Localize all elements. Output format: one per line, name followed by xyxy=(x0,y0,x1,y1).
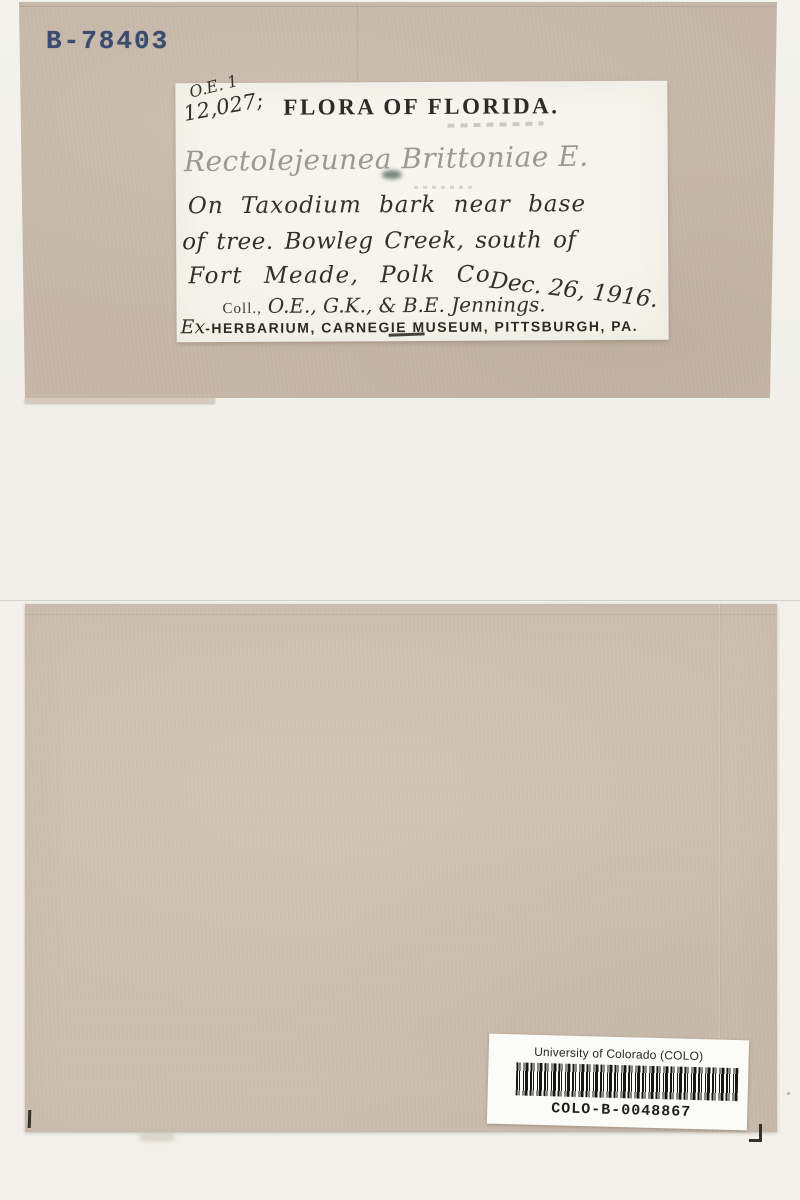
pen-corner-mark-right xyxy=(749,1124,762,1142)
pen-tick-mark-left xyxy=(28,1110,32,1128)
barcode-institution: University of Colorado (COLO) xyxy=(489,1044,749,1065)
barcode-number: COLO-B-0048867 xyxy=(487,1099,747,1123)
packet-horizontal-crease xyxy=(25,614,777,615)
habitat-line-2: of tree. Bowleg Creek, south of xyxy=(182,227,576,255)
back-photo-panel: University of Colorado (COLO) COLO-B-004… xyxy=(0,600,800,1200)
specimen-label: O.E. 1 12,027; FLORA OF FLORIDA. Rectole… xyxy=(175,81,668,343)
label-header: FLORA OF FLORIDA. xyxy=(175,93,667,122)
barcode xyxy=(516,1062,739,1101)
habitat-line-3: Fort Meade, Polk Co xyxy=(188,262,491,290)
footer-ex-script: Ex xyxy=(181,316,206,338)
erased-pencil-marks xyxy=(448,122,544,128)
front-photo-panel: B-78403 O.E. 1 12,027; FLORA OF FLORIDA.… xyxy=(0,0,800,600)
erased-pencil-dots xyxy=(414,186,472,189)
background-speck xyxy=(787,1092,790,1095)
ink-smudge xyxy=(382,170,402,179)
specimen-photo-page: B-78403 O.E. 1 12,027; FLORA OF FLORIDA.… xyxy=(0,0,800,1200)
background-smudge xyxy=(140,1134,174,1141)
packet-fold-line xyxy=(21,6,775,7)
accession-stamp: B-78403 xyxy=(46,26,169,56)
habitat-line-1: On Taxodium bark near base xyxy=(188,191,586,219)
barcode-label: University of Colorado (COLO) COLO-B-004… xyxy=(487,1034,749,1131)
packet-crease xyxy=(357,3,358,89)
